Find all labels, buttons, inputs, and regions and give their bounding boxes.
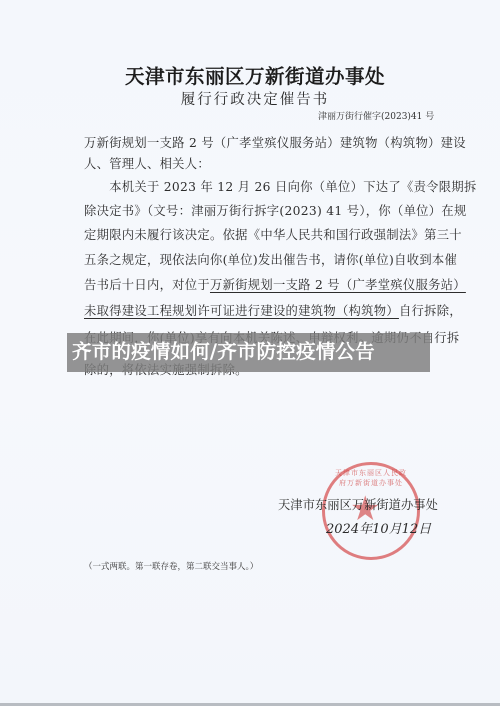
document-number: 津丽万街行催字(2023)41 号	[318, 109, 434, 122]
signature-date: 2024年10月12日	[326, 518, 431, 537]
body-line-2: 人、管理人、相关人：	[84, 154, 210, 172]
footnote: （一式两联。第一联存卷，第二联交当事人。）	[84, 560, 258, 572]
body-line-4: 除决定书》（文号：津丽万街行拆字(2023) 41 号），你（单位）在规	[84, 201, 467, 219]
signature-organization: 天津市东丽区万新街道办事处	[278, 495, 438, 513]
body-line-8-suffix: 自行拆除，	[399, 304, 462, 318]
document-subtitle: 履行行政决定催告书	[0, 88, 500, 109]
body-line-7-prefix: 告书后十日内，对位于	[84, 278, 210, 292]
body-line-5: 定期限内未履行该决定。依据《中华人民共和国行政强制法》第三十	[84, 225, 462, 243]
body-line-3: 本机关于 2023 年 12 月 26 日向你（单位）下达了《责令限期拆	[84, 177, 477, 195]
body-line-8: 未取得建设工程规划许可证进行建设的建筑物（构筑物）自行拆除，	[84, 301, 462, 319]
body-line-6: 五条之规定，现依法向你(单位)发出催告书，请你(单位)自收到本催	[84, 250, 457, 268]
official-seal-text: 天津市东丽区人民政府万新街道办事处	[335, 468, 407, 488]
document-title: 天津市东丽区万新街道办事处	[0, 61, 500, 89]
body-line-7: 告书后十日内，对位于万新街规划一支路 2 号（广孝堂殡仪服务站）	[84, 275, 466, 293]
underlined-building: 未取得建设工程规划许可证进行建设的建筑物（构筑物）	[84, 304, 399, 318]
body-line-1: 万新街规划一支路 2 号（广孝堂殡仪服务站）建筑物（构筑物）建设	[84, 133, 466, 151]
underlined-address: 万新街规划一支路 2 号（广孝堂殡仪服务站）	[210, 278, 466, 292]
headline-banner-text: 齐市的疫情如何/齐市防控疫情公告	[72, 336, 432, 364]
